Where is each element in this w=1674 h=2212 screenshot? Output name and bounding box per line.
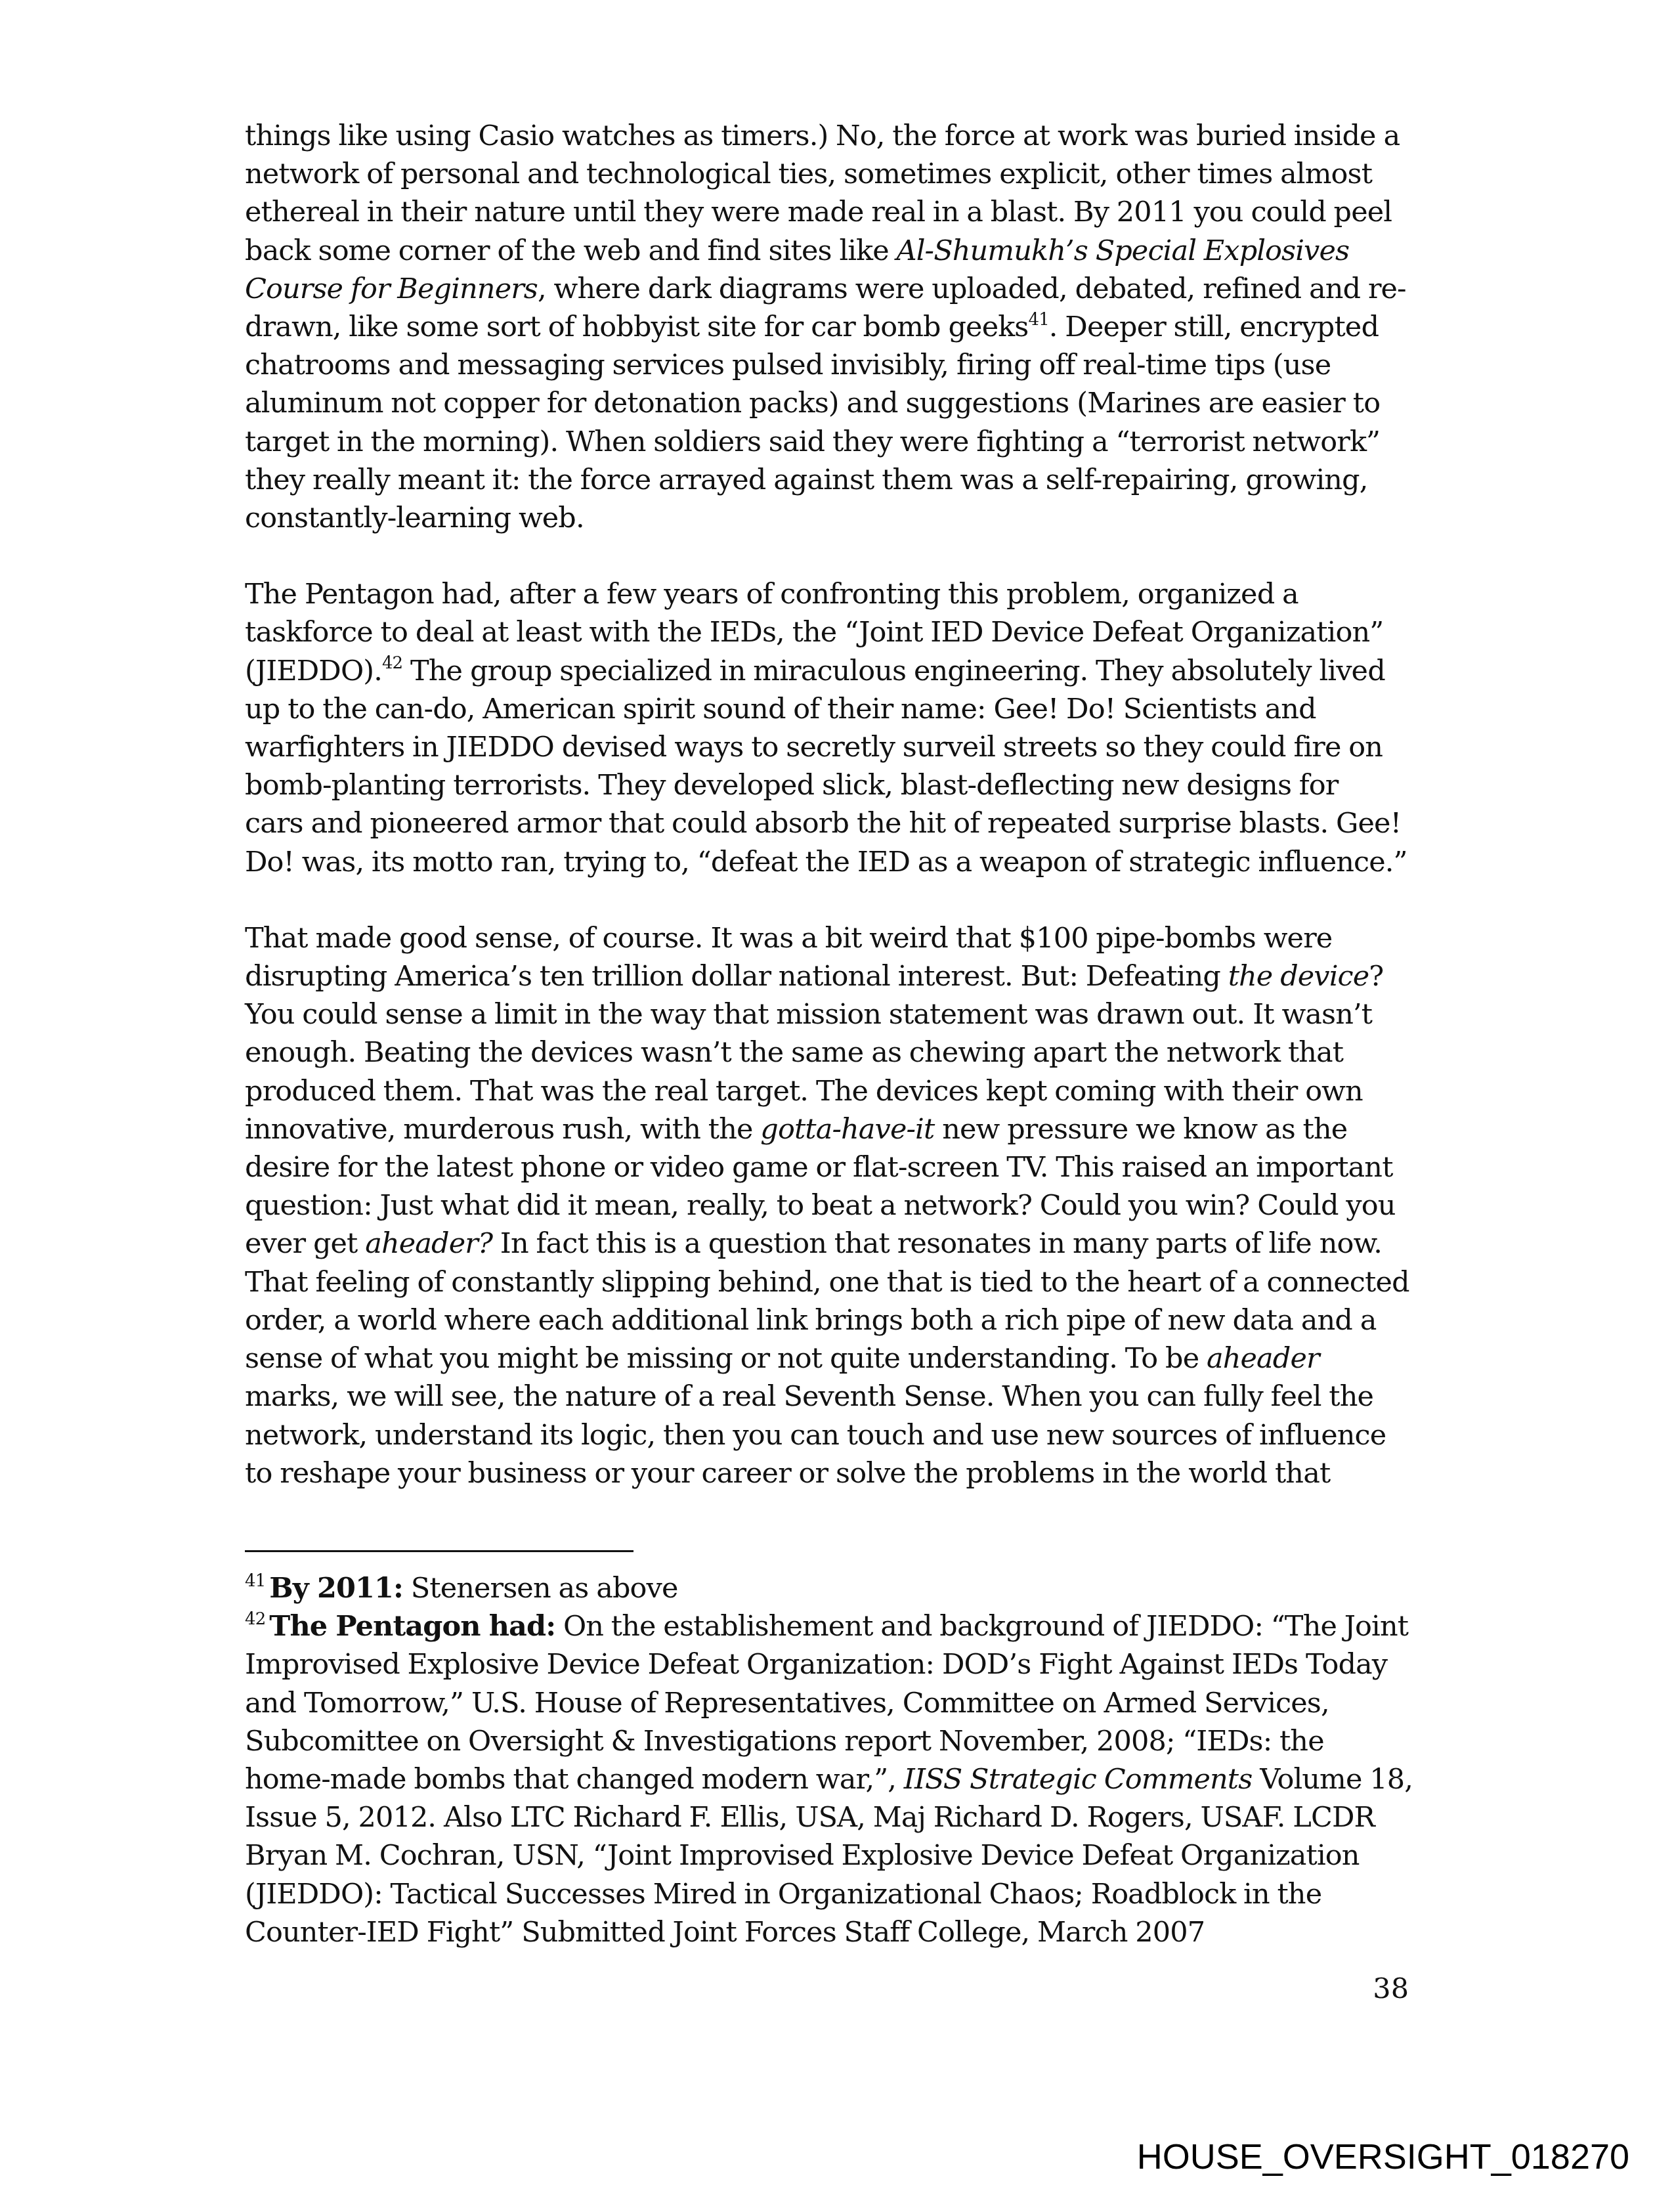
italic-text: gotta-have-it <box>760 1113 934 1146</box>
footnote-line: 41By 2011: Stenersen as above <box>245 1569 1420 1607</box>
text-run: disrupting America’s ten trillion dollar… <box>245 960 1228 993</box>
footnote-line: home-made bombs that changed modern war,… <box>245 1760 1420 1798</box>
footnote-line: Improvised Explosive Device Defeat Organ… <box>245 1645 1420 1683</box>
paragraph: The Pentagon had, after a few years of c… <box>245 575 1420 881</box>
footnote-line: Subcomittee on Oversight & Investigation… <box>245 1722 1420 1760</box>
text-line: order, a world where each additional lin… <box>245 1301 1420 1339</box>
italic-text: the device <box>1228 960 1369 993</box>
text-line: things like using Casio watches as timer… <box>245 117 1420 155</box>
footnote-reference[interactable]: 42 <box>382 653 402 673</box>
footnote-line: and Tomorrow,” U.S. House of Representat… <box>245 1684 1420 1722</box>
text-run: Do! was, its motto ran, trying to, “defe… <box>245 846 1407 878</box>
text-line: marks, we will see, the nature of a real… <box>245 1377 1420 1416</box>
text-run: That feeling of constantly slipping behi… <box>245 1266 1409 1299</box>
text-line: back some corner of the web and find sit… <box>245 232 1420 270</box>
text-line: cars and pioneered armor that could abso… <box>245 804 1420 842</box>
text-line: up to the can-do, American spirit sound … <box>245 690 1420 728</box>
text-run: and Tomorrow,” U.S. House of Representat… <box>245 1687 1329 1720</box>
paragraph: things like using Casio watches as timer… <box>245 117 1420 537</box>
italic-text: IISS Strategic Comments <box>904 1763 1253 1796</box>
italic-text: aheader <box>1207 1342 1320 1375</box>
footnote-line: Issue 5, 2012. Also LTC Richard F. Ellis… <box>245 1798 1420 1836</box>
footnote-number: 41 <box>245 1571 265 1591</box>
text-run: desire for the latest phone or video gam… <box>245 1151 1393 1184</box>
text-run: they really meant it: the force arrayed … <box>245 464 1367 496</box>
text-run: bomb-planting terrorists. They developed… <box>245 769 1339 802</box>
text-line: disrupting America’s ten trillion dollar… <box>245 957 1420 995</box>
text-line: taskforce to deal at least with the IEDs… <box>245 613 1420 651</box>
text-run: Subcomittee on Oversight & Investigation… <box>245 1725 1324 1758</box>
text-run: new pressure we know as the <box>934 1113 1347 1146</box>
italic-text: Al-Shumukh’s Special Explosives <box>897 234 1350 267</box>
text-run: innovative, murderous rush, with the <box>245 1113 760 1146</box>
text-run: aluminum not copper for detonation packs… <box>245 387 1380 420</box>
footnote-reference[interactable]: 41 <box>1029 310 1049 330</box>
text-line: constantly-learning web. <box>245 499 1420 537</box>
footnote-42: 42The Pentagon had: On the establishemen… <box>245 1607 1420 1951</box>
text-line: produced them. That was the real target.… <box>245 1072 1420 1110</box>
text-line: desire for the latest phone or video gam… <box>245 1148 1420 1186</box>
text-run: marks, we will see, the nature of a real… <box>245 1380 1373 1413</box>
body-text: things like using Casio watches as timer… <box>245 117 1420 1530</box>
text-line: sense of what you might be missing or no… <box>245 1339 1420 1377</box>
text-run: ethereal in their nature until they were… <box>245 196 1392 228</box>
footnotes: 41By 2011: Stenersen as above42The Penta… <box>245 1569 1420 1951</box>
text-run: (JIEDDO): Tactical Successes Mired in Or… <box>245 1878 1321 1911</box>
footnote-number: 42 <box>245 1609 265 1629</box>
document-page: things like using Casio watches as timer… <box>0 0 1674 2212</box>
paragraph: That made good sense, of course. It was … <box>245 919 1420 1492</box>
text-run: up to the can-do, American spirit sound … <box>245 693 1316 726</box>
text-line: That feeling of constantly slipping behi… <box>245 1263 1420 1301</box>
text-line: to reshape your business or your career … <box>245 1454 1420 1492</box>
footnote-line: 42The Pentagon had: On the establishemen… <box>245 1607 1420 1645</box>
text-line: chatrooms and messaging services pulsed … <box>245 346 1420 384</box>
text-line: they really meant it: the force arrayed … <box>245 461 1420 499</box>
text-run: Improvised Explosive Device Defeat Organ… <box>245 1648 1387 1681</box>
text-line: network, understand its logic, then you … <box>245 1416 1420 1454</box>
bates-stamp: HOUSE_OVERSIGHT_018270 <box>1137 2137 1629 2177</box>
text-run: You could sense a limit in the way that … <box>245 998 1372 1031</box>
text-line: ethereal in their nature until they were… <box>245 193 1420 231</box>
text-run: taskforce to deal at least with the IEDs… <box>245 616 1383 649</box>
bold-text: By 2011: <box>269 1572 403 1605</box>
text-line: ever get aheader? In fact this is a ques… <box>245 1225 1420 1263</box>
italic-text: Course for Beginners <box>245 272 538 305</box>
text-run: produced them. That was the real target.… <box>245 1075 1363 1108</box>
text-run: sense of what you might be missing or no… <box>245 1342 1207 1375</box>
page-number: 38 <box>1373 1970 1409 2008</box>
text-run: enough. Beating the devices wasn’t the s… <box>245 1036 1343 1069</box>
text-run: order, a world where each additional lin… <box>245 1304 1376 1337</box>
text-run: In fact this is a question that resonate… <box>492 1227 1382 1260</box>
text-run: question: Just what did it mean, really,… <box>245 1189 1395 1222</box>
text-line: warfighters in JIEDDO devised ways to se… <box>245 728 1420 766</box>
text-run: things like using Casio watches as timer… <box>245 119 1400 152</box>
text-run: to reshape your business or your career … <box>245 1457 1330 1490</box>
text-run: That made good sense, of course. It was … <box>245 922 1332 955</box>
text-line: Do! was, its motto ran, trying to, “defe… <box>245 843 1420 881</box>
text-line: You could sense a limit in the way that … <box>245 995 1420 1033</box>
text-run: . Deeper still, encrypted <box>1049 311 1379 343</box>
text-run: ever get <box>245 1227 365 1260</box>
text-run: Volume 18, <box>1252 1763 1412 1796</box>
text-run: Stenersen as above <box>403 1572 678 1605</box>
text-line: The Pentagon had, after a few years of c… <box>245 575 1420 613</box>
bold-text: The Pentagon had: <box>269 1610 555 1643</box>
text-line: network of personal and technological ti… <box>245 155 1420 193</box>
text-run: , where dark diagrams were uploaded, deb… <box>538 272 1406 305</box>
text-run: The group specialized in miraculous engi… <box>402 655 1385 687</box>
text-run: Counter-IED Fight” Submitted Joint Force… <box>245 1916 1205 1949</box>
text-run: home-made bombs that changed modern war,… <box>245 1763 904 1796</box>
text-run: network, understand its logic, then you … <box>245 1419 1386 1452</box>
text-run: Bryan M. Cochran, USN, “Joint Improvised… <box>245 1839 1360 1872</box>
footnote-divider <box>245 1550 633 1552</box>
text-run: chatrooms and messaging services pulsed … <box>245 349 1331 381</box>
text-line: drawn, like some sort of hobbyist site f… <box>245 308 1420 346</box>
footnote-line: Counter-IED Fight” Submitted Joint Force… <box>245 1913 1420 1951</box>
footnote-41: 41By 2011: Stenersen as above <box>245 1569 1420 1607</box>
text-run: (JIEDDO). <box>245 655 382 687</box>
italic-text: aheader? <box>365 1227 492 1260</box>
text-run: ? <box>1369 960 1383 993</box>
text-line: enough. Beating the devices wasn’t the s… <box>245 1033 1420 1072</box>
text-run: network of personal and technological ti… <box>245 158 1372 190</box>
text-run: Issue 5, 2012. Also LTC Richard F. Ellis… <box>245 1801 1375 1834</box>
text-line: (JIEDDO).42 The group specialized in mir… <box>245 652 1420 690</box>
text-line: That made good sense, of course. It was … <box>245 919 1420 957</box>
text-run: target in the morning). When soldiers sa… <box>245 425 1380 458</box>
footnote-line: Bryan M. Cochran, USN, “Joint Improvised… <box>245 1836 1420 1875</box>
footnote-line: (JIEDDO): Tactical Successes Mired in Or… <box>245 1875 1420 1913</box>
text-line: innovative, murderous rush, with the got… <box>245 1110 1420 1148</box>
text-line: target in the morning). When soldiers sa… <box>245 423 1420 461</box>
text-line: Course for Beginners, where dark diagram… <box>245 270 1420 308</box>
text-line: aluminum not copper for detonation packs… <box>245 384 1420 422</box>
text-run: constantly-learning web. <box>245 502 584 534</box>
text-run: back some corner of the web and find sit… <box>245 234 897 267</box>
text-run: drawn, like some sort of hobbyist site f… <box>245 311 1029 343</box>
text-run: The Pentagon had, after a few years of c… <box>245 578 1298 611</box>
text-line: question: Just what did it mean, really,… <box>245 1186 1420 1225</box>
text-run: warfighters in JIEDDO devised ways to se… <box>245 731 1383 764</box>
text-line: bomb-planting terrorists. They developed… <box>245 766 1420 804</box>
text-run: On the establishement and background of … <box>555 1610 1408 1643</box>
text-run: cars and pioneered armor that could abso… <box>245 807 1401 840</box>
